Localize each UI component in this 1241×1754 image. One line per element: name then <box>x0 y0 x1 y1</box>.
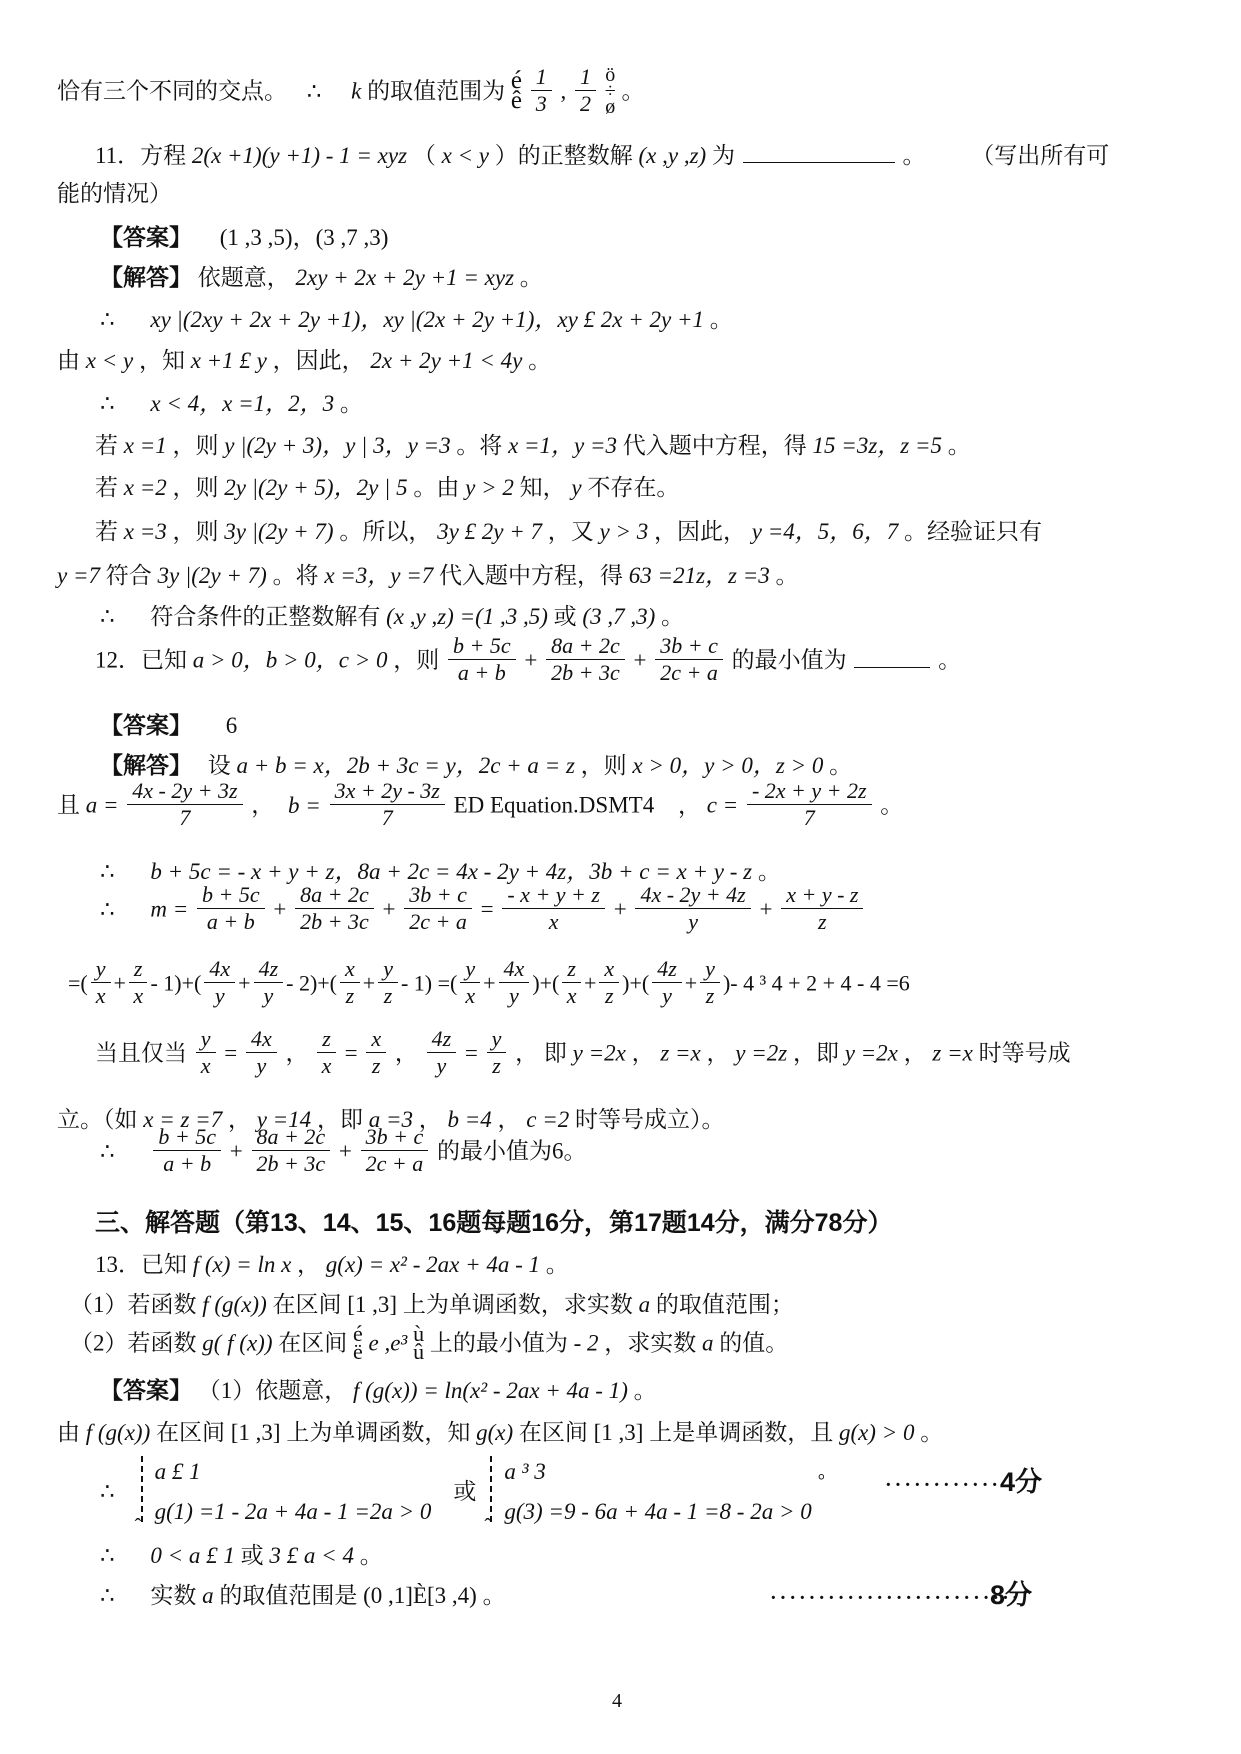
denominator: 7 <box>127 805 242 830</box>
numerator: z <box>562 957 581 983</box>
numerator: - x + y + z <box>502 883 605 909</box>
fraction: 4zy <box>427 1027 457 1078</box>
numerator: 3b + c <box>404 883 472 909</box>
glyph: û <box>413 1343 424 1361</box>
math-run: y =7 <box>57 563 100 588</box>
solution-11-line1: 【解答】 依题意， 2xy + 2x + 2y +1 = xyz 。 <box>100 262 543 293</box>
text-run: 不存在。 <box>587 475 679 500</box>
line-k-range: 恰有三个不同的交点。 ∴ k 的取值范围为 éê 13 , 12 ö÷ø 。 <box>57 68 644 119</box>
text-run: 依题意， <box>198 265 290 290</box>
text-run: 上的最小值为 <box>430 1330 568 1355</box>
denominator: z <box>599 983 619 1008</box>
math-run: g(x) <box>476 1420 513 1445</box>
condition-row: a £ 1 <box>155 1452 432 1492</box>
denominator: z <box>700 983 720 1008</box>
answer-label: 【答案】 <box>100 712 192 738</box>
fraction: - 2x + y + 2z7 <box>747 779 872 830</box>
denominator: 2 <box>575 91 596 116</box>
glyph: ë <box>353 1343 363 1361</box>
math-run: 3y |(2y + 7) <box>224 519 333 544</box>
denominator: 2b + 3c <box>252 1151 331 1176</box>
text-run: 的取值范围； <box>656 1292 794 1317</box>
fraction: yx <box>460 957 480 1008</box>
text-run: 。 <box>520 265 543 290</box>
denominator: x <box>460 983 480 1008</box>
text-run: ，则 <box>581 753 627 778</box>
numerator: z <box>317 1027 336 1053</box>
text-run: 若 <box>95 433 118 458</box>
math-run: x =1 <box>124 433 167 458</box>
denominator: y <box>499 983 530 1008</box>
numerator: 4x <box>204 957 235 983</box>
therefore-symbol: ∴ <box>100 391 115 416</box>
math-run: a > 0，b > 0，c > 0 <box>193 648 388 673</box>
math-run: a = <box>86 793 119 818</box>
answer-13-line1: 【答案】 （1）依题意， f (g(x)) = ln(x² - 2ax + 4a… <box>100 1375 657 1406</box>
math-run: (x ,y ,z) =(1 ,3 ,5) <box>386 604 548 629</box>
denominator: 2c + a <box>404 909 472 934</box>
math-run: x < y <box>86 348 133 373</box>
fraction: x + y - zz <box>781 883 863 934</box>
math-run: a <box>702 1330 714 1355</box>
text-run: 在区间 <box>156 1420 225 1445</box>
plus-sign: + <box>238 970 250 995</box>
score-4: 4分 <box>1000 1464 1042 1500</box>
denominator: 2c + a <box>655 660 723 685</box>
equals-sign: = <box>481 897 494 922</box>
text-run: 实数 <box>150 1583 196 1608</box>
text-run: ，则 <box>393 648 439 673</box>
math-run: y =2z <box>735 1041 787 1066</box>
condition-system-1: ˆ a £ 1 g(1) =1 - 2a + 4a - 1 =2a > 0 <box>141 1452 432 1533</box>
solution-12-line6: 当且仅当 yx = 4xy ， zx = xz ， 4zy = yz ， 即 y… <box>95 1030 1071 1090</box>
text-run: 。 <box>634 1378 657 1403</box>
left-bracket-glyphs: éê <box>511 71 522 112</box>
text-run: 设 <box>208 753 231 778</box>
brace-hook-glyph: ˆ <box>135 1513 142 1540</box>
text-run: ， <box>286 1041 309 1066</box>
math-run: - 2 <box>574 1330 599 1355</box>
right-bracket-glyphs: ö÷ø <box>605 67 616 115</box>
math-run: f (g(x)) <box>86 1420 151 1445</box>
text-run: 恰有三个不同的交点。 <box>57 79 287 104</box>
problem-11-wrap: 能的情况） <box>57 178 172 209</box>
text-run: 在区间 <box>278 1330 347 1355</box>
text-run: ，即 <box>793 1041 839 1066</box>
fraction: 4zy <box>652 957 682 1008</box>
answer-blank-11 <box>743 138 895 163</box>
solution-11-line3: 由 x < y ，知 x +1 £ y ，因此， 2x + 2y +1 < 4y… <box>57 345 551 376</box>
text-run: 在区间 <box>273 1292 342 1317</box>
solution-11-case3: 若 x =3 ，则 3y |(2y + 7) 。所以， 3y £ 2y + 7 … <box>95 516 1042 547</box>
text-run: 。由 <box>413 475 459 500</box>
numerator: y <box>460 957 480 983</box>
numerator: y <box>378 957 398 983</box>
text-run: 符合条件的正整数解有 <box>150 604 380 629</box>
math-run: 3 £ a < 4 <box>269 1543 354 1568</box>
text-run: 当且仅当 <box>95 1041 187 1066</box>
text-run: 若 <box>95 475 118 500</box>
text-run: （1）依题意， <box>198 1378 348 1403</box>
denominator: a + b <box>153 1151 221 1176</box>
numerator: 4z <box>427 1027 457 1053</box>
dot-leader: ·························· <box>770 1585 1021 1612</box>
math-run: z =x <box>660 1041 700 1066</box>
answer-13-line2: 由 f (g(x)) 在区间 [1 ,3] 上为单调函数，知 g(x) 在区间 … <box>57 1417 943 1448</box>
numerator: 4x - 2y + 4z <box>635 883 750 909</box>
solution-11-case1: 若 x =1 ，则 y |(2y + 3)，y | 3，y =3 。将 x =1… <box>95 430 971 461</box>
text-run: 。 <box>621 79 644 104</box>
math-run: g(x) = x² - 2ax + 4a - 1 <box>326 1252 540 1277</box>
denominator: y <box>635 909 750 934</box>
text-run: 。 <box>710 307 733 332</box>
text-run: 上是单调函数，且 <box>649 1420 833 1445</box>
math-run: 2x + 2y +1 < 4y <box>370 348 522 373</box>
denominator: y <box>652 983 682 1008</box>
math-run: 3y |(2y + 7) <box>157 563 266 588</box>
math-run: f (x) = ln x <box>193 1252 292 1277</box>
math-run: - 1)+( <box>150 970 201 995</box>
dot-leader: ············ <box>885 1472 1001 1499</box>
math-run: 15 =3z，z =5 <box>813 433 942 458</box>
text-run: ， <box>632 1041 655 1066</box>
math-run: g(x) > 0 <box>839 1420 915 1445</box>
numerator: b + 5c <box>153 1125 221 1151</box>
numerator: 3b + c <box>361 1125 429 1151</box>
fraction: 8a + 2c2b + 3c <box>546 634 625 685</box>
denominator: x <box>562 983 581 1008</box>
denominator: x <box>91 983 111 1008</box>
condition-row: a ³ 3 <box>504 1452 811 1492</box>
problem-13-part2: （2）若函数 g( f (x)) 在区间 éë e ,e³ ùû 上的最小值为 … <box>70 1327 788 1369</box>
math-run: 0 < a £ 1 <box>150 1543 235 1568</box>
math-run: x =2 <box>124 475 167 500</box>
text-run: 。将 <box>456 433 502 458</box>
text-run: 上为单调函数，知 <box>286 1420 470 1445</box>
solution-11-line4: ∴ x < 4，x =1，2，3 。 <box>100 388 363 419</box>
document-page: 恰有三个不同的交点。 ∴ k 的取值范围为 éê 13 , 12 ö÷ø 。 1… <box>0 0 1241 1754</box>
solution-11-conclusion: ∴ 符合条件的正整数解有 (x ,y ,z) =(1 ,3 ,5) 或 (3 ,… <box>100 601 684 632</box>
fraction: 3b + c2c + a <box>404 883 472 934</box>
denominator: a + b <box>197 909 265 934</box>
numerator: 4x <box>499 957 530 983</box>
math-run: a <box>639 1292 651 1317</box>
text-run: ，则 <box>172 475 218 500</box>
denominator: y <box>254 983 284 1008</box>
fraction: zx <box>129 957 148 1008</box>
math-run: z =x <box>932 1041 972 1066</box>
text-run: （1）若函数 <box>70 1292 197 1317</box>
text-run: 12．已知 <box>95 648 187 673</box>
text-run: （ <box>413 143 436 168</box>
plus-sign: + <box>114 970 126 995</box>
numerator: 4x - 2y + 3z <box>127 779 242 805</box>
text-run: 。经验证只有 <box>904 519 1042 544</box>
fraction: b + 5ca + b <box>153 1125 221 1176</box>
section-header-text: 三、解答题（第13、14、15、16题每题16分，第17题14分，满分78分） <box>95 1209 892 1237</box>
fraction: zx <box>317 1027 336 1078</box>
glyph: ê <box>511 91 522 112</box>
page-number-text: 4 <box>612 1690 622 1712</box>
fraction: 4xy <box>246 1027 277 1078</box>
text-run: 。 <box>938 648 961 673</box>
interval-run: (0 ,1]È[3 ,4) <box>363 1583 477 1608</box>
fraction: 4xy <box>204 957 235 1008</box>
text-run: 若 <box>95 519 118 544</box>
text-run: 。所以， <box>339 519 431 544</box>
numerator: b + 5c <box>448 634 516 660</box>
numerator: b + 5c <box>197 883 265 909</box>
plus-sign: + <box>383 897 396 922</box>
denominator: z <box>378 983 398 1008</box>
answer-blank-12 <box>854 642 930 667</box>
therefore-symbol: ∴ <box>100 1139 115 1164</box>
text-run: 的取值范围是 <box>219 1583 357 1608</box>
text-run: ， <box>395 1041 418 1066</box>
numerator: y <box>700 957 720 983</box>
equals-sign: = <box>224 1041 237 1066</box>
therefore-symbol: ∴ <box>100 1543 115 1568</box>
numerator: 4x <box>246 1027 277 1053</box>
interval-run: [1 ,3] <box>231 1420 281 1445</box>
text-run: 。 <box>758 859 781 884</box>
denominator: a + b <box>448 660 516 685</box>
fraction: 12 <box>575 65 596 116</box>
answer-value: (1 ,3 ,5)，(3 ,7 ,3) <box>220 225 389 250</box>
numerator: x <box>599 957 619 983</box>
solution-12-line4: ∴ m = b + 5ca + b + 8a + 2c2b + 3c + 3b … <box>100 886 866 958</box>
text-run: , <box>560 79 566 104</box>
text-run: 或 <box>554 604 577 629</box>
numerator: 4z <box>254 957 284 983</box>
numerator: x <box>340 957 360 983</box>
math-run: y =2x <box>845 1041 898 1066</box>
text-run: 。 <box>528 348 551 373</box>
denominator: x <box>129 983 148 1008</box>
text-run: 。 <box>776 563 799 588</box>
plus-sign: + <box>759 897 772 922</box>
numerator: y <box>487 1027 507 1053</box>
plus-sign: + <box>524 648 537 673</box>
text-run: ， <box>251 793 274 818</box>
text-run: 。 <box>340 391 363 416</box>
numerator: 8a + 2c <box>546 634 625 660</box>
math-run: xy |(2xy + 2x + 2y +1)，xy |(2x + 2y +1)，… <box>150 307 704 332</box>
denominator: 7 <box>747 805 872 830</box>
fraction: 4zy <box>254 957 284 1008</box>
denominator: y <box>246 1053 277 1078</box>
left-bracket-glyphs: éë <box>353 1325 363 1361</box>
text-run: ，求实数 <box>604 1330 696 1355</box>
problem-13: 13．已知 f (x) = ln x ， g(x) = x² - 2ax + 4… <box>95 1249 569 1280</box>
math-run: (x ,y ,z) <box>639 143 707 168</box>
text-run: ， <box>707 1041 730 1066</box>
math-run: 2y |(2y + 5)，2y | 5 <box>224 475 407 500</box>
math-run: x =3 <box>124 519 167 544</box>
math-run: b = <box>288 793 321 818</box>
fraction: yz <box>378 957 398 1008</box>
solution-label: 【解答】 <box>100 264 192 290</box>
fraction: - x + y + zx <box>502 883 605 934</box>
text-run: 。 <box>829 753 852 778</box>
fraction: 3b + c2c + a <box>655 634 723 685</box>
text-run: ， <box>904 1041 927 1066</box>
text-run: 符合 <box>106 563 152 588</box>
therefore-symbol: ∴ <box>100 1476 115 1507</box>
glyph: ø <box>605 99 616 115</box>
numerator: 1 <box>575 65 596 91</box>
therefore-symbol: ∴ <box>100 897 115 922</box>
math-run: e ,e³ <box>369 1330 408 1355</box>
plus-sign: + <box>584 970 596 995</box>
math-run: 63 =21z，z =3 <box>629 563 770 588</box>
solution-12-line1: 【解答】 设 a + b = x，2b + 3c = y，2c + a = z … <box>100 750 852 781</box>
text-run: ，因此， <box>273 348 365 373</box>
text-run: 。 <box>483 1583 506 1608</box>
answer-label: 【答案】 <box>100 224 192 250</box>
fraction: 8a + 2c2b + 3c <box>295 883 374 934</box>
denominator: 3 <box>531 91 552 116</box>
fraction: 3x + 2y - 3z7 <box>330 779 445 830</box>
math-run: k <box>351 79 361 104</box>
plus-sign: + <box>230 1139 243 1164</box>
numerator: 4z <box>652 957 682 983</box>
math-run: y <box>571 475 581 500</box>
solution-11-line2: ∴ xy |(2xy + 2x + 2y +1)，xy |(2x + 2y +1… <box>100 304 733 335</box>
math-run: a + b = x，2b + 3c = y，2c + a = z <box>237 753 575 778</box>
text-run: 。 <box>360 1543 383 1568</box>
fraction: xz <box>366 1027 386 1078</box>
equals-sign: = <box>345 1041 358 1066</box>
numerator: 8a + 2c <box>295 883 374 909</box>
denominator: z <box>781 909 863 934</box>
condition-system-2: ˆ a ³ 3 g(3) =9 - 6a + 4a - 1 =8 - 2a > … <box>490 1452 811 1533</box>
fraction: yz <box>700 957 720 1008</box>
numerator: 1 <box>531 65 552 91</box>
text-run: 由 <box>57 348 80 373</box>
answer-13-system: ∴ ˆ a £ 1 g(1) =1 - 2a + 4a - 1 =2a > 0 … <box>100 1448 825 1536</box>
math-run: x < y <box>442 143 489 168</box>
text-run: 11．方程 <box>95 143 186 168</box>
solution-12-line2: 且 a = 4x - 2y + 3z7 ， b = 3x + 2y - 3z7 … <box>57 782 903 848</box>
brace-hook-glyph: ˆ <box>484 1513 491 1540</box>
text-run: 的最小值为 <box>732 648 847 673</box>
score-8: 8分 <box>990 1577 1032 1613</box>
denominator: z <box>340 983 360 1008</box>
numerator: - 2x + y + 2z <box>747 779 872 805</box>
fraction: b + 5ca + b <box>197 883 265 934</box>
text-run: 由 <box>57 1420 80 1445</box>
therefore-symbol: ∴ <box>100 604 115 629</box>
text-run: ， <box>515 1041 538 1066</box>
math-run: =( <box>68 970 88 995</box>
math-run: f (g(x)) = ln(x² - 2ax + 4a - 1) <box>353 1378 628 1403</box>
plus-sign: + <box>614 897 627 922</box>
solution-11-case3-wrap: y =7 符合 3y |(2y + 7) 。将 x =3，y =7 代入题中方程… <box>57 560 799 591</box>
math-run: (3 ,7 ,3) <box>582 604 655 629</box>
text-run: 在区间 <box>519 1420 588 1445</box>
fraction: zx <box>562 957 581 1008</box>
math-run: - 2)+( <box>286 970 337 995</box>
numerator: x <box>366 1027 386 1053</box>
math-run: y =4，5，6，7 <box>752 519 898 544</box>
interval-run: [1 ,3] <box>594 1420 644 1445</box>
denominator: x <box>317 1053 336 1078</box>
math-run: y |(2y + 3)，y | 3，y =3 <box>224 433 450 458</box>
text-run: 的最小值为6。 <box>437 1139 587 1164</box>
text-run: 。 <box>920 1420 943 1445</box>
therefore-symbol: ∴ <box>100 859 115 884</box>
text-run: 的值。 <box>719 1330 788 1355</box>
section-header: 三、解答题（第13、14、15、16题每题16分，第17题14分，满分78分） <box>95 1207 892 1241</box>
answer-11: 【答案】 (1 ,3 ,5)，(3 ,7 ,3) <box>100 222 388 253</box>
numerator: y <box>196 1027 216 1053</box>
plus-sign: + <box>363 970 375 995</box>
text-run: 。 <box>902 143 925 168</box>
text-run: 。 <box>661 604 684 629</box>
text-run: 知， <box>520 475 566 500</box>
math-run: 3y £ 2y + 7 <box>437 519 542 544</box>
denominator: 2c + a <box>361 1151 429 1176</box>
interval-run: [1 ,3] <box>347 1292 397 1317</box>
fraction: 13 <box>531 65 552 116</box>
text-run: （写出所有可 <box>971 143 1109 168</box>
math-run: )- 4 ³ 4 + 2 + 4 - 4 =6 <box>723 970 910 995</box>
denominator: z <box>487 1053 507 1078</box>
text-run: 为 <box>712 143 735 168</box>
text-run: 。将 <box>273 563 319 588</box>
math-run: x +1 £ y <box>191 348 267 373</box>
math-run: b + 5c = - x + y + z，8a + 2c = 4x - 2y +… <box>150 859 752 884</box>
numerator: 8a + 2c <box>252 1125 331 1151</box>
page-number: 4 <box>612 1688 622 1715</box>
text-run: ， <box>678 793 701 818</box>
problem-11: 11．方程 2(x +1)(y +1) - 1 = xyz （ x < y ）的… <box>95 138 1109 171</box>
text-run: 13．已知 <box>95 1252 187 1277</box>
denominator: x <box>502 909 605 934</box>
solution-11-case2: 若 x =2 ，则 2y |(2y + 5)，2y | 5 。由 y > 2 知… <box>95 472 679 503</box>
text-run: ，则 <box>172 519 218 544</box>
math-run: a <box>202 1583 214 1608</box>
text-run: 即 <box>544 1041 567 1066</box>
math-run: f (g(x)) <box>202 1292 267 1317</box>
math-run: x =3，y =7 <box>324 563 433 588</box>
math-run: )+( <box>532 970 559 995</box>
text-run: 代入题中方程，得 <box>439 563 623 588</box>
text-run: 。 <box>546 1252 569 1277</box>
math-run: x =1，y =3 <box>508 433 617 458</box>
math-run: )+( <box>622 970 649 995</box>
equals-sign: = <box>465 1041 478 1066</box>
plus-sign: + <box>483 970 495 995</box>
text-run: 代入题中方程，得 <box>623 433 807 458</box>
numerator: 3x + 2y - 3z <box>330 779 445 805</box>
denominator: z <box>366 1053 386 1078</box>
text-run: ， <box>297 1252 320 1277</box>
problem-13-part1: （1）若函数 f (g(x)) 在区间 [1 ,3] 上为单调函数，求实数 a … <box>70 1289 794 1320</box>
text-run: 时等号成立）。 <box>575 1107 725 1132</box>
text-run: 上为单调函数，求实数 <box>403 1292 633 1317</box>
plus-sign: + <box>634 648 647 673</box>
text-run: ，知 <box>139 348 185 373</box>
therefore-symbol: ∴ <box>307 79 322 104</box>
therefore-symbol: ∴ <box>100 307 115 332</box>
text-run: ，因此， <box>654 519 746 544</box>
numerator: 3b + c <box>655 634 723 660</box>
denominator: y <box>204 983 235 1008</box>
plus-sign: + <box>273 897 286 922</box>
text-run: 。 <box>880 793 903 818</box>
